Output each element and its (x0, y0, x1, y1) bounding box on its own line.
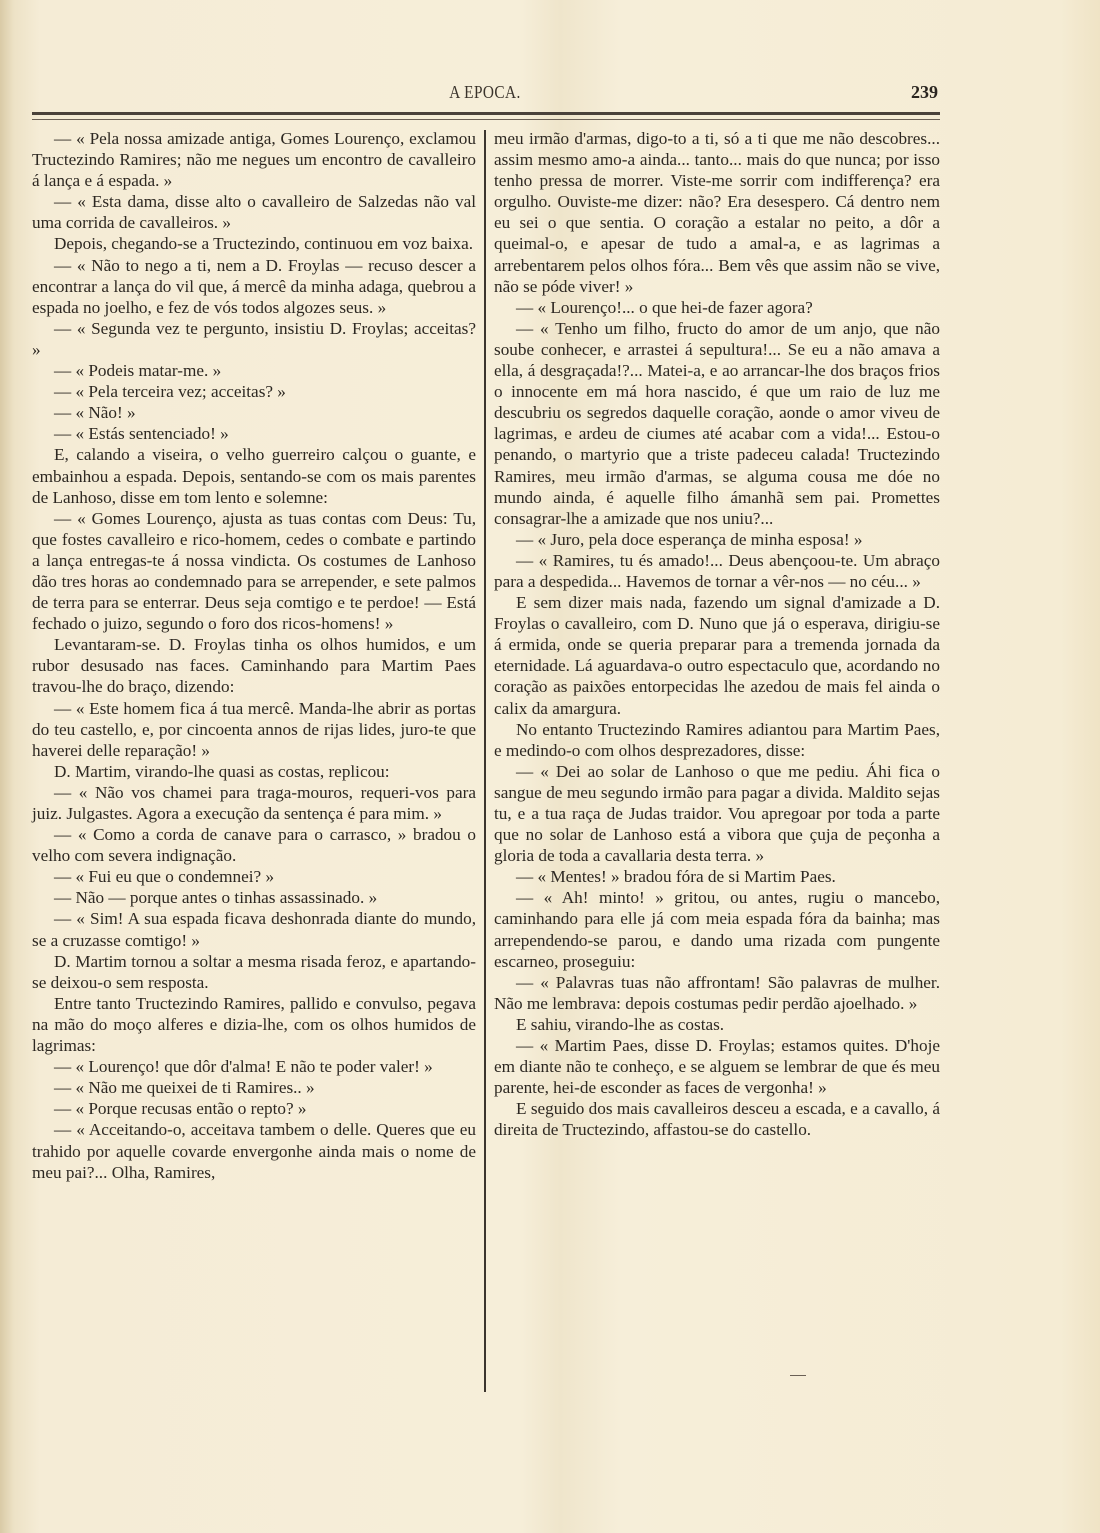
paragraph: — « Esta dama, disse alto o cavalleiro d… (32, 191, 476, 233)
paragraph: — « Acceitando-o, acceitava tambem o del… (32, 1119, 476, 1182)
paragraph: — « Mentes! » bradou fóra de si Martim P… (494, 866, 940, 887)
paragraph: — « Estás sentenciado! » (32, 423, 476, 444)
paragraph: — « Porque recusas então o repto? » (32, 1098, 476, 1119)
newspaper-title: A EPOCA. (100, 82, 870, 103)
paragraph: — « Martim Paes, disse D. Froylas; estam… (494, 1035, 940, 1098)
paragraph: meu irmão d'armas, digo-to a ti, só a ti… (494, 128, 940, 297)
paragraph: E sem dizer mais nada, fazendo um signal… (494, 592, 940, 719)
paragraph: — « Este homem fica á tua mercê. Manda-l… (32, 698, 476, 761)
paragraph: — « Pela terceira vez; acceitas? » (32, 381, 476, 402)
paragraph: Entre tanto Tructezindo Ramires, pallido… (32, 993, 476, 1056)
paragraph: — « Palavras tuas não affrontam! São pal… (494, 972, 940, 1014)
paragraph: Levantaram-se. D. Froylas tinha os olhos… (32, 634, 476, 697)
paragraph: — « Como a corda de canave para o carras… (32, 824, 476, 866)
page-number: 239 (911, 82, 938, 103)
paragraph: — « Podeis matar-me. » (32, 360, 476, 381)
paragraph: Depois, chegando-se a Tructezindo, conti… (32, 233, 476, 254)
paragraph: — « Não me queixei de ti Ramires.. » (32, 1077, 476, 1098)
paragraph: D. Martim, virando-lhe quasi as costas, … (32, 761, 476, 782)
paragraph: — « Ramires, tu és amado!... Deus abenço… (494, 550, 940, 592)
paragraph: — Não — porque antes o tinhas assassinad… (32, 887, 476, 908)
left-column: — « Pela nossa amizade antiga, Gomes Lou… (32, 128, 476, 1183)
paragraph: — « Fui eu que o condemnei? » (32, 866, 476, 887)
header-double-rule (32, 112, 940, 120)
column-divider (484, 130, 486, 1392)
paragraph: — « Ah! minto! » gritou, ou antes, rugiu… (494, 887, 940, 971)
paragraph: No entanto Tructezindo Ramires adiantou … (494, 719, 940, 761)
paragraph: E seguido dos mais cavalleiros desceu a … (494, 1098, 940, 1140)
paragraph: — « Segunda vez te pergunto, insistiu D.… (32, 318, 476, 360)
paragraph: — « Gomes Lourenço, ajusta as tuas conta… (32, 508, 476, 635)
right-column: meu irmão d'armas, digo-to a ti, só a ti… (494, 128, 940, 1141)
paragraph: — « Não to nego a ti, nem a D. Froylas —… (32, 255, 476, 318)
paragraph: E sahiu, virando-lhe as costas. (494, 1014, 940, 1035)
paragraph: — « Sim! A sua espada ficava deshonrada … (32, 908, 476, 950)
paragraph: — « Lourenço! que dôr d'alma! E não te p… (32, 1056, 476, 1077)
page-header: A EPOCA. 239 (32, 82, 938, 104)
paragraph: — « Juro, pela doce esperança de minha e… (494, 529, 940, 550)
paragraph: D. Martim tornou a soltar a mesma risada… (32, 951, 476, 993)
end-of-chapter-mark (790, 1375, 806, 1376)
paragraph: — « Pela nossa amizade antiga, Gomes Lou… (32, 128, 476, 191)
paragraph: — « Lourenço!... o que hei-de fazer agor… (494, 297, 940, 318)
paragraph: E, calando a viseira, o velho guerreiro … (32, 444, 476, 507)
paragraph: — « Não! » (32, 402, 476, 423)
paragraph: — « Dei ao solar de Lanhoso o que me ped… (494, 761, 940, 866)
paragraph: — « Tenho um filho, fructo do amor de um… (494, 318, 940, 529)
paragraph: — « Não vos chamei para traga-mouros, re… (32, 782, 476, 824)
